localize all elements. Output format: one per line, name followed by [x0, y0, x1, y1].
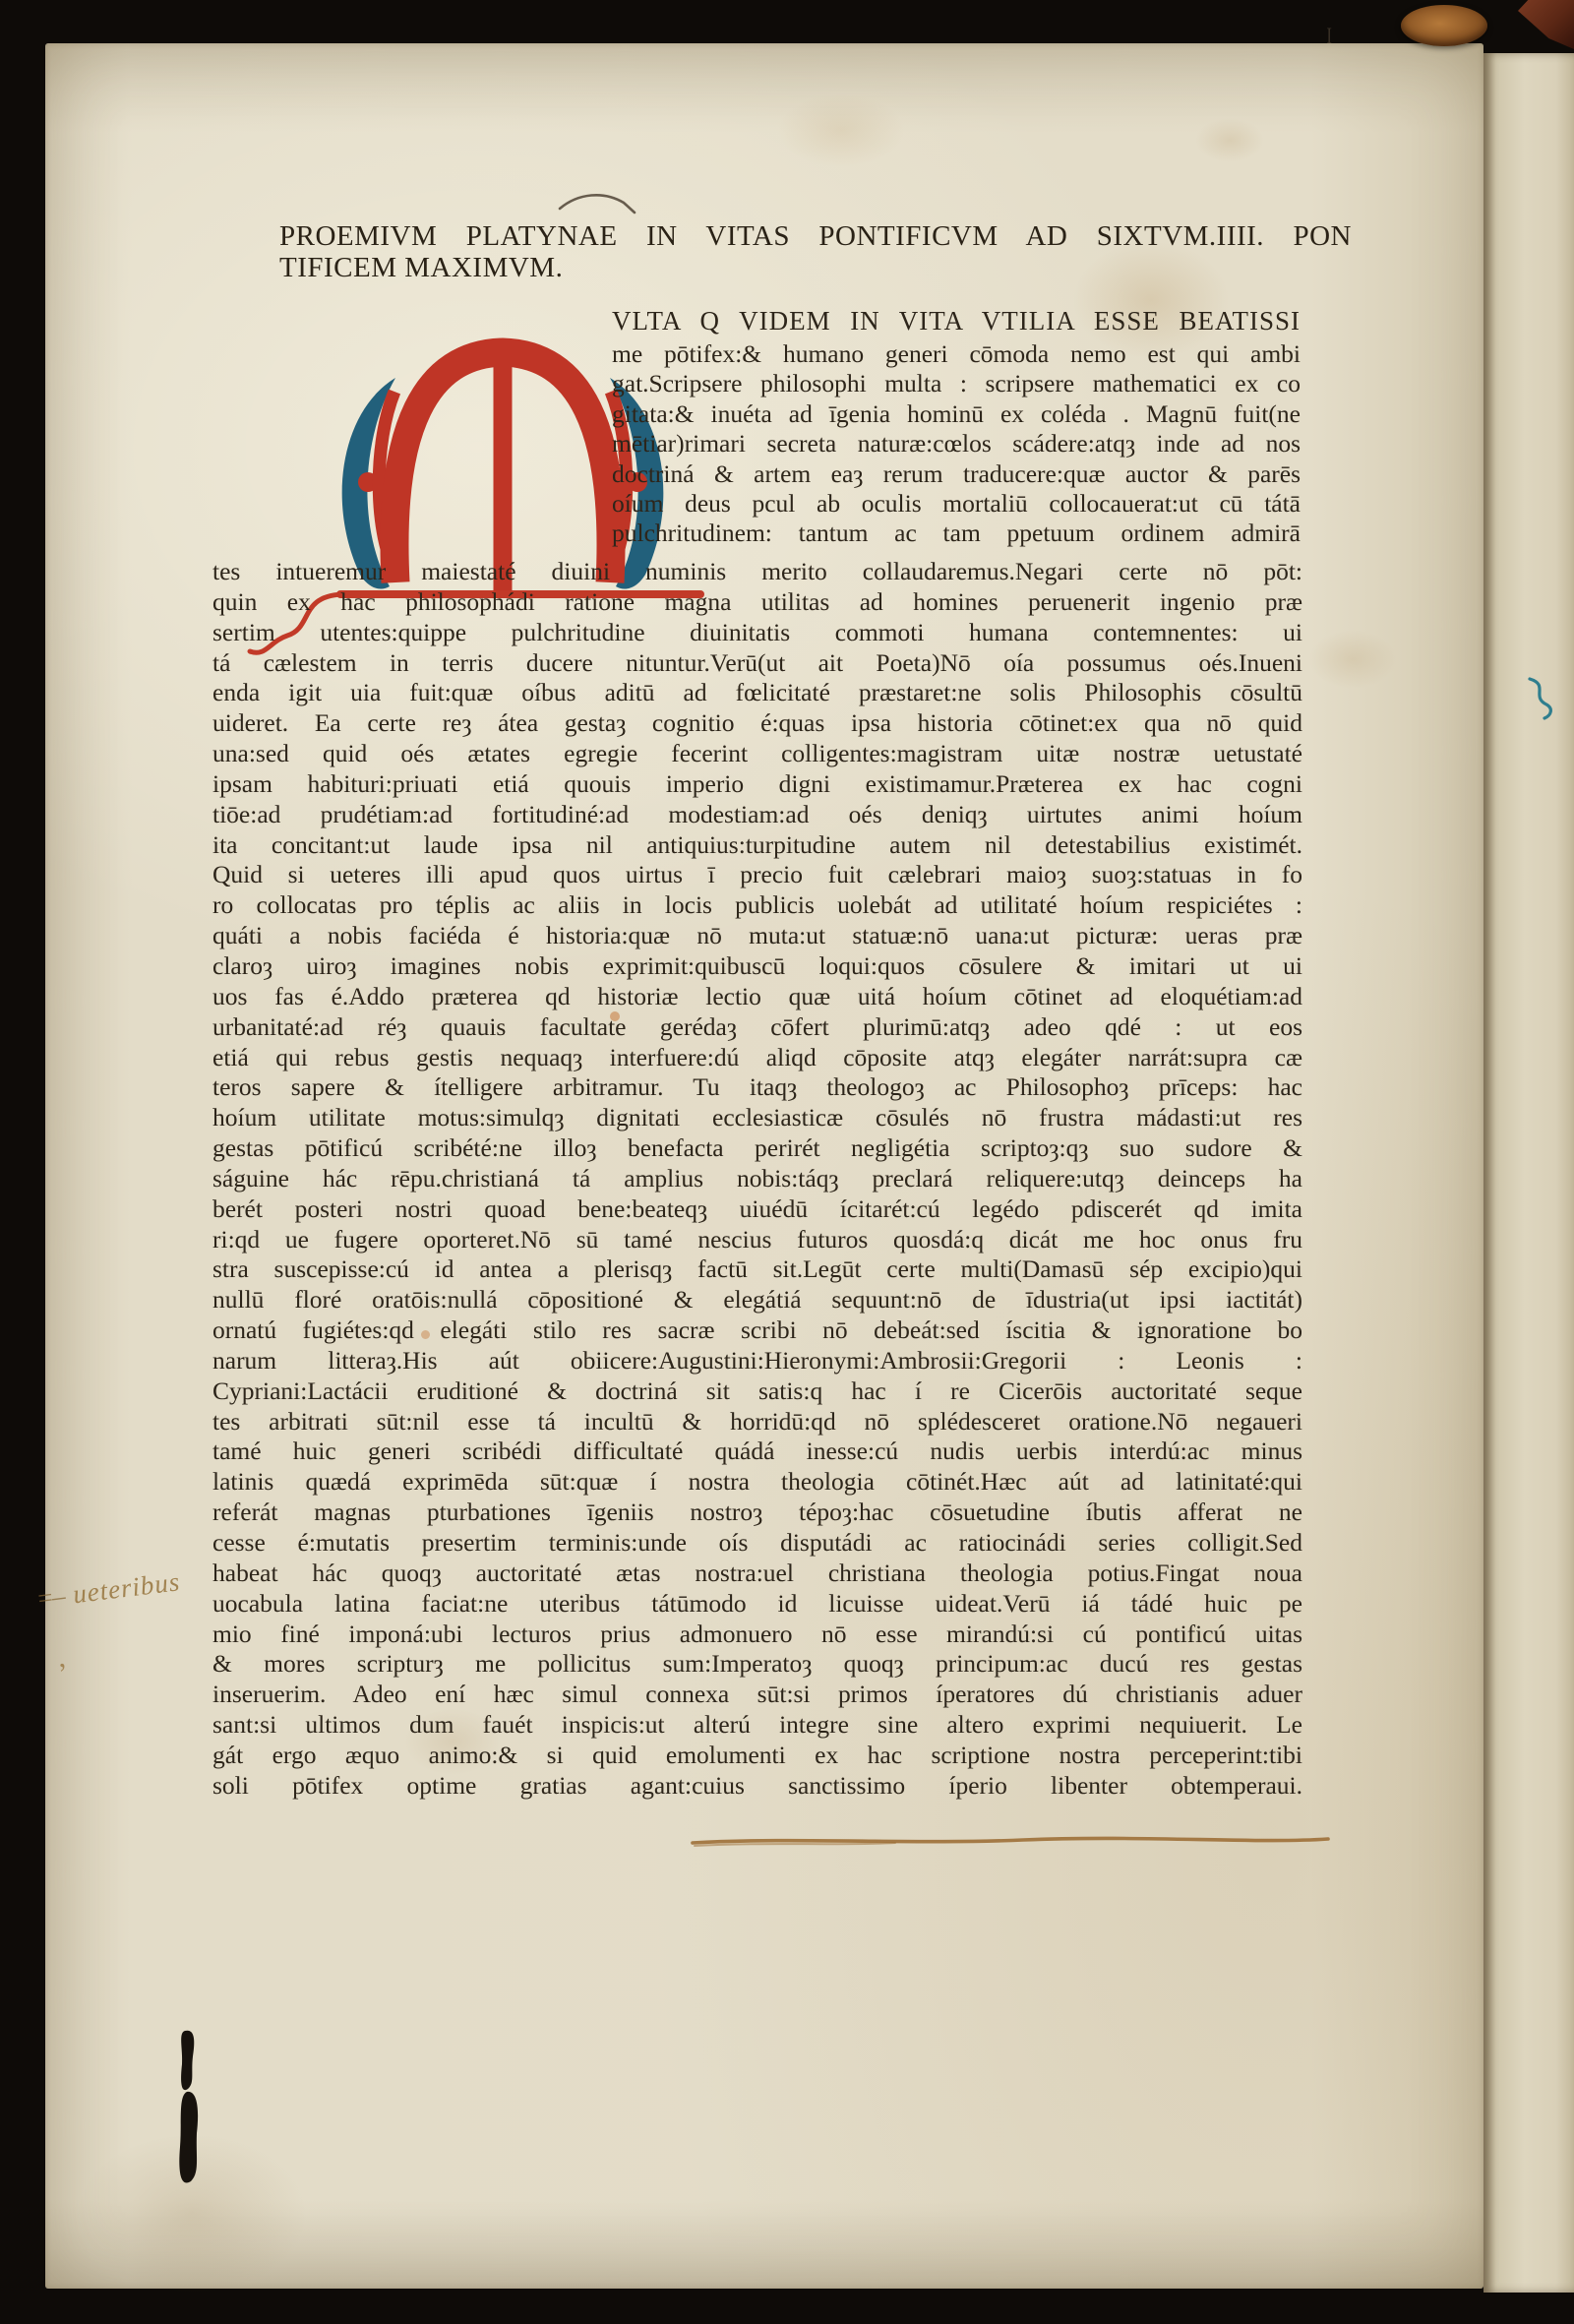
body-text-line: enda igit uia fuit:quæ oíbus aditū ad fœ…	[212, 678, 1302, 708]
body-text-line: narum litteraȝ.His aút obiicere:Augustin…	[212, 1346, 1302, 1376]
body-text-line: sant:si ultimos dum fauét inspicis:ut al…	[212, 1710, 1302, 1741]
body-text-line: ságuine hác rēpu.christianá tá amplius n…	[212, 1164, 1302, 1194]
body-text-line: teros sapere & ítelligere arbitramur. Tu…	[212, 1072, 1302, 1103]
body-text-line: ri:qd ue fugere oporteret.Nō sū tamé nes…	[212, 1225, 1302, 1255]
body-text-line: me pōtifex:& humano generi cōmoda nemo e…	[612, 339, 1301, 369]
binding-tuft	[1401, 5, 1487, 46]
body-text-line: inseruerim. Adeo ení hæc simul connexa s…	[212, 1680, 1302, 1710]
hand-underline	[689, 1832, 1334, 1850]
body-text-line: quáti a nobis faciéda é historia:quæ nō …	[212, 921, 1302, 951]
body-text-line: mētiar)rimari secreta naturæ:cœlos scáde…	[612, 429, 1301, 459]
body-text-line: ornatú fugiétes:qd elegáti stilo res sac…	[212, 1315, 1302, 1346]
photo-backdrop: I PROEMIVM PLATYNAE IN VITAS PONTIFICVM …	[0, 0, 1574, 2324]
body-text-line: nullū floré oratōis:nullá cōpositioné & …	[212, 1285, 1302, 1315]
body-text-line: mio finé imponá:ubi lecturos prius admon…	[212, 1620, 1302, 1650]
pen-scratch	[557, 189, 641, 218]
body-text-line: claroȝ uiroȝ imagines nobis exprimit:qui…	[212, 951, 1302, 982]
body-text-line: stra suscepisse:cú id antea a plerisqȝ f…	[212, 1254, 1302, 1285]
ink-blot	[167, 2027, 211, 2194]
body-text-line: Quid si ueteres illi apud quos uirtus ī …	[212, 860, 1302, 890]
body-text-line: ipsam habituri:priuati etiá quouis imper…	[212, 769, 1302, 800]
body-text-line: cesse é:mutatis presertim terminis:unde …	[212, 1528, 1302, 1559]
heading-line-1: PROEMIVM PLATYNAE IN VITAS PONTIFICVM AD…	[279, 220, 1352, 252]
body-text-line: tiōe:ad prudétiam:ad fortitudiné:ad mode…	[212, 800, 1302, 830]
body-text-line: gitata:& inuéta ad īgenia hominū ex colé…	[612, 399, 1301, 429]
body-text-line: gát ergo æquo animo:& si quid emolumenti…	[212, 1741, 1302, 1771]
facing-page-edge	[1483, 53, 1574, 2293]
opening-caps-line: VLTA Q VIDEM IN VITA VTILIA ESSE BEATISS…	[612, 303, 1301, 339]
body-text-line: una:sed quid oés ætates egregie fecerint…	[212, 739, 1302, 769]
body-text-line: pulchritudinem: tantum ac tam ppetuum or…	[612, 519, 1301, 548]
chapter-heading: PROEMIVM PLATYNAE IN VITAS PONTIFICVM AD…	[279, 220, 1352, 283]
body-text-line: tes intueremur maiestaté diuini numinis …	[212, 557, 1302, 587]
body-text-line: latinis quædá exprimēda sūt:quæ í nostra…	[212, 1467, 1302, 1498]
body-text-line: soli pōtifex optime gratias agant:cuius …	[212, 1771, 1302, 1802]
body-text-line: ro collocatas pro téplis ac aliis in loc…	[212, 890, 1302, 921]
body-text-block: tes intueremur maiestaté diuini numinis …	[212, 557, 1302, 1802]
body-text-line: tes arbitrati sūt:nil esse tá incultū & …	[212, 1407, 1302, 1437]
body-text-line: uideret. Ea certe reȝ átea gestaȝ cognit…	[212, 708, 1302, 739]
body-text-line: habeat hác quoqȝ auctoritaté ætas nostra…	[212, 1559, 1302, 1589]
body-text-line: hoíum utilitate motus:simulqȝ dignitati …	[212, 1103, 1302, 1133]
binding-leather-corner	[1518, 0, 1574, 49]
annotation-dashes: =–	[34, 1581, 65, 1614]
body-text-line: quin ex hac philosophádi ratione magna u…	[212, 587, 1302, 618]
body-text-line: gat.Scripsere philosophi multa : scripse…	[612, 369, 1301, 398]
body-text-line: Cypriani:Lactácii eruditioné & doctriná …	[212, 1376, 1302, 1407]
folio-number: I	[1327, 24, 1348, 49]
body-text-line: referát magnas pturbationes īgeniis nost…	[212, 1498, 1302, 1528]
body-text-line: uocabula latina faciat:ne uteribus tátūm…	[212, 1589, 1302, 1620]
body-text-line: tamé huic generi scribédi difficultaté q…	[212, 1437, 1302, 1467]
body-text-line: oíum deus pcul ab oculis mortaliū colloc…	[612, 489, 1301, 519]
body-text-line: ita concitant:ut laude ipsa nil antiquiu…	[212, 830, 1302, 861]
body-text-line: etiá qui rebus gestis nequaqȝ interfuere…	[212, 1043, 1302, 1073]
teal-mark	[1523, 675, 1558, 722]
body-text-line: sertim utentes:quippe pulchritudine diui…	[212, 618, 1302, 648]
drop-cap-lines: me pōtifex:& humano generi cōmoda nemo e…	[612, 339, 1301, 549]
drop-cap-paragraph: VLTA Q VIDEM IN VITA VTILIA ESSE BEATISS…	[612, 303, 1301, 549]
body-text-line: uos fas é.Addo præterea qd historiæ lect…	[212, 982, 1302, 1012]
body-text-line: & mores scripturȝ me pollicitus sum:Impe…	[212, 1649, 1302, 1680]
body-text-line: berét posteri nostri quoad bene:beateqȝ …	[212, 1194, 1302, 1225]
body-text-line: tá cælestem in terris ducere nituntur.Ve…	[212, 648, 1302, 679]
body-text-line: doctriná & artem eaȝ rerum traducere:quæ…	[612, 459, 1301, 489]
body-text-line: urbanitaté:ad réȝ quauis facultate geréd…	[212, 1012, 1302, 1043]
heading-line-2: TIFICEM MAXIMVM.	[279, 252, 1352, 283]
body-text-line: gestas pōtificú scribété:ne illoȝ benefa…	[212, 1133, 1302, 1164]
